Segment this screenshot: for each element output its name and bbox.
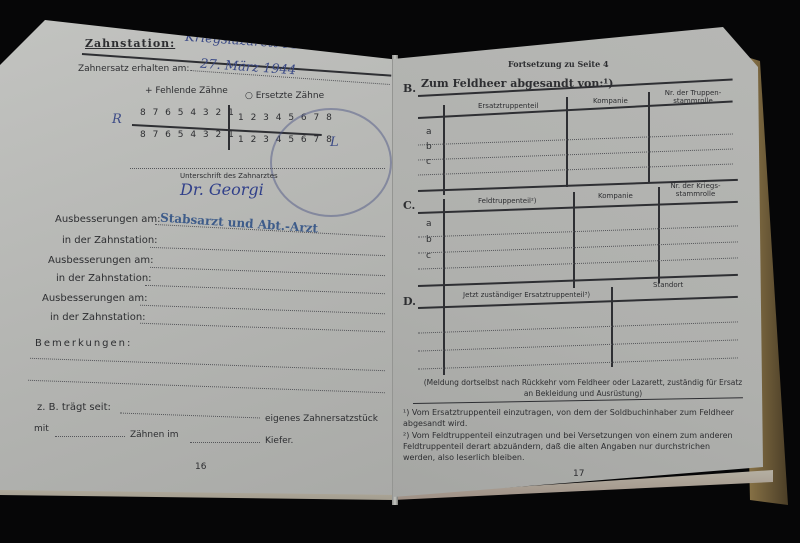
section-b-line-1: [418, 134, 733, 146]
side-right-marker: R: [112, 112, 122, 127]
jaw-line: [190, 442, 260, 443]
section-b-vrule-2: [566, 97, 568, 187]
remarks-line-1: [30, 358, 385, 371]
repair-3-label: Ausbesserungen am:: [42, 293, 148, 304]
legend-replaced: ○ Ersetzte Zähne: [245, 91, 324, 101]
section-d-note: (Meldung dortselbst nach Rückkehr vom Fe…: [423, 377, 743, 399]
section-d-line-1: [418, 321, 738, 333]
section-c-col-3: Nr. der Kriegs-stammrolle: [658, 182, 733, 198]
carries-line: [120, 413, 260, 419]
repair-3-station-line: [140, 323, 385, 333]
repair-1-station-line: [150, 247, 385, 256]
right-page: Fortsetzung zu Seite 4 B. Zum Feldheer a…: [393, 27, 763, 497]
dental-chart-vertical: [228, 105, 230, 150]
section-c-letter: C.: [403, 199, 415, 212]
section-d-letter: D.: [403, 295, 416, 308]
section-b-vrule-1: [443, 105, 445, 195]
repair-2-line: [150, 267, 385, 276]
section-b-header-rule: [418, 101, 733, 119]
section-b-letter: B.: [403, 82, 416, 95]
section-d-col-1: Jetzt zuständiger Ersatztruppenteil³): [463, 291, 590, 299]
section-d-vrule-2: [611, 287, 613, 367]
remarks-line-2: [28, 380, 385, 393]
section-d-col-2: Standort: [653, 281, 683, 289]
repair-2-label: Ausbesserungen am:: [48, 255, 154, 266]
carries-label: z. B. trägt seit:: [37, 402, 111, 413]
section-c-vrule-3: [658, 187, 660, 283]
section-d-line-3: [418, 357, 738, 369]
upper-right-teeth: 8 7 6 5 4 3 2 1: [140, 108, 236, 118]
continuation-label: Fortsetzung zu Seite 4: [508, 59, 609, 69]
section-b-col-2: Kompanie: [593, 97, 628, 105]
repair-3-line: [140, 305, 385, 315]
signature-line-top: [130, 168, 385, 169]
section-c-col-2: Kompanie: [598, 192, 633, 200]
repair-1-station: in der Zahnstation:: [62, 235, 158, 246]
repair-2-station-line: [145, 285, 385, 294]
section-d-line-2: [418, 339, 738, 351]
section-d-top-rule: [418, 274, 738, 287]
page-number-left: 16: [195, 462, 206, 472]
legend-missing: + Fehlende Zähne: [145, 86, 228, 96]
station-label: Zahnstation:: [85, 37, 175, 50]
section-c-vrule-1: [443, 199, 445, 295]
with-label: mit: [34, 424, 49, 434]
page-number-right: 17: [573, 469, 584, 479]
signature-caption: Unterschrift des Zahnarztes: [180, 172, 278, 180]
repair-3-station: in der Zahnstation:: [50, 312, 146, 323]
received-label: Zahnersatz erhalten am:: [78, 64, 189, 74]
section-c-vrule-2: [573, 192, 575, 288]
section-c-line-3: [418, 257, 738, 269]
station-value: Kriegslazarett 917: [185, 30, 308, 54]
own-denture-label: eigenes Zahnersatzstück: [265, 414, 378, 424]
signature: Dr. Georgi: [180, 180, 264, 199]
remarks-label: Bemerkungen:: [35, 338, 132, 349]
repair-1-label: Ausbesserungen am:: [55, 214, 161, 225]
repair-2-station: in der Zahnstation:: [56, 273, 152, 284]
left-page: Zahnstation: Kriegslazarett 917 Zahnersa…: [0, 20, 400, 495]
section-b-row-a: a: [426, 127, 432, 137]
footnote-2: ²) Vom Feldtruppenteil einzutragen und b…: [403, 430, 738, 463]
official-stamp: [270, 108, 392, 217]
section-c-line-2: [418, 241, 738, 253]
footnote-1: ¹) Vom Ersatztruppenteil einzutragen, vo…: [403, 407, 738, 429]
section-d-vrule-1: [443, 295, 445, 375]
lower-right-teeth: 8 7 6 5 4 3 2 1: [140, 130, 236, 140]
section-b-line-3: [418, 164, 733, 176]
section-b-line-2: [418, 149, 733, 161]
section-c-header-rule: [418, 201, 738, 214]
section-c-row-a: a: [426, 219, 432, 229]
with-line: [55, 436, 125, 437]
section-c-col-1: Feldtruppenteil²): [478, 197, 537, 205]
section-b-col-1: Ersatztruppenteil: [478, 102, 538, 110]
section-b-title: Zum Feldheer abgesandt von:¹): [421, 77, 613, 90]
jaw-label: Kiefer.: [265, 436, 293, 446]
section-c-line-1: [418, 225, 738, 237]
teeth-in-label: Zähnen im: [130, 430, 178, 440]
